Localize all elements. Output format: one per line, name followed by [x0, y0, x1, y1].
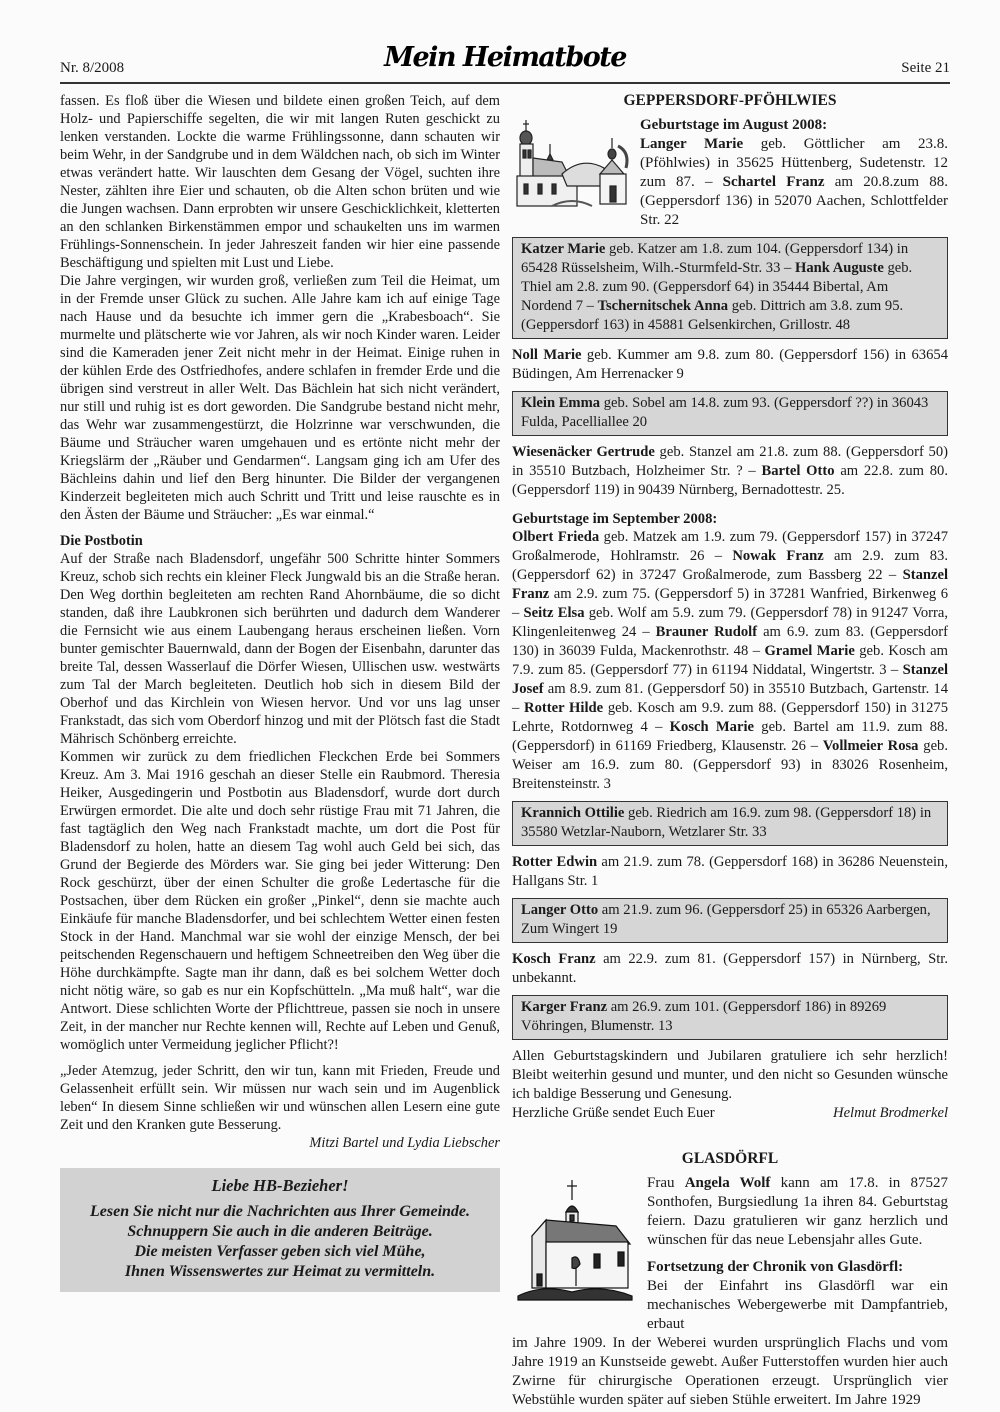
closing-paragraph: „Jeder Atemzug, jeder Schritt, den wir t…	[60, 1062, 500, 1134]
highlight-box: Katzer Marie geb. Katzer am 1.8. zum 104…	[512, 237, 948, 339]
issue-number: Nr. 8/2008	[60, 60, 124, 77]
person-name: Klein Emma	[521, 395, 600, 411]
person-name: Langer Marie	[640, 136, 743, 152]
notice-line: Lesen Sie nicht nur die Nachrichten aus …	[64, 1202, 496, 1222]
glasdoerfl-intro: Frau Angela Wolf kann am 17.8. in 87527 …	[512, 1174, 948, 1334]
august-intro-text: Geburtstage im August 2008: Langer Marie…	[640, 116, 948, 230]
greeting-closing: Herzliche Grüße sendet Euch Euer Helmut …	[512, 1104, 948, 1122]
body-paragraph: Die Jahre vergingen, wir wurden groß, ve…	[60, 272, 500, 524]
chronik-heading: Fortsetzung der Chronik von Glasdörfl:	[647, 1258, 948, 1277]
body-paragraph: fassen. Es floß über die Wiesen und bild…	[60, 92, 500, 272]
person-name: Nowak Franz	[732, 548, 823, 564]
masthead-title: Mein Heimatbote	[384, 42, 626, 73]
highlight-box: Karger Franz am 26.9. zum 101. (Geppersd…	[512, 995, 948, 1040]
birthday-entry: Wiesenäcker Gertrude geb. Stanzel am 21.…	[512, 443, 948, 500]
chapel-icon	[512, 1178, 637, 1303]
church-village-icon	[512, 116, 630, 216]
notice-line: Die meisten Verfasser geben sich viel Mü…	[64, 1242, 496, 1262]
person-name: Tschernitschek Anna	[598, 298, 728, 314]
person-name: Karger Franz	[521, 999, 607, 1015]
left-column: fassen. Es floß über die Wiesen und bild…	[60, 92, 500, 1292]
glasdoerfl-text: Frau Angela Wolf kann am 17.8. in 87527 …	[647, 1174, 948, 1334]
greeting-close-text: Herzliche Grüße sendet Euch Euer	[512, 1104, 715, 1122]
reader-notice-box: Liebe HB-Bezieher! Lesen Sie nicht nur d…	[60, 1168, 500, 1292]
person-name: Kosch Marie	[670, 719, 754, 735]
person-name: Wiesenäcker Gertrude	[512, 444, 655, 460]
september-entries: Olbert Frieda geb. Matzek am 1.9. zum 79…	[512, 528, 948, 794]
august-heading: Geburtstage im August 2008:	[640, 116, 948, 135]
person-name: Gramel Marie	[764, 643, 854, 659]
birthday-entry: Noll Marie geb. Kummer am 9.8. zum 80. (…	[512, 346, 948, 384]
page-header: Nr. 8/2008 Mein Heimatbote Seite 21	[60, 48, 950, 84]
august-intro: Geburtstage im August 2008: Langer Marie…	[512, 116, 948, 230]
person-name: Noll Marie	[512, 347, 581, 363]
birthday-entry: Kosch Franz am 22.9. zum 81. (Geppersdor…	[512, 950, 948, 988]
right-column: GEPPERSDORF-PFÖHLWIES	[512, 92, 948, 1410]
body-paragraph: Kommen wir zurück zu dem friedlichen Fle…	[60, 748, 500, 1054]
september-heading: Geburtstage im September 2008:	[512, 510, 948, 528]
person-name: Hank Auguste	[795, 260, 884, 276]
person-name: Bartel Otto	[762, 463, 835, 479]
section-title-geppersdorf: GEPPERSDORF-PFÖHLWIES	[512, 92, 948, 110]
greeting-text: Allen Geburtstagskindern und Jubilaren g…	[512, 1047, 948, 1104]
section-title-glasdoerfl: GLASDÖRFL	[512, 1150, 948, 1168]
highlight-box: Klein Emma geb. Sobel am 14.8. zum 93. (…	[512, 391, 948, 436]
entry-prefix: Frau	[647, 1175, 685, 1191]
person-name: Rotter Edwin	[512, 854, 597, 870]
person-name: Katzer Marie	[521, 241, 605, 257]
person-name: Angela Wolf	[685, 1175, 771, 1191]
person-name: Rotter Hilde	[524, 700, 603, 716]
birthday-entry: Rotter Edwin am 21.9. zum 78. (Geppersdo…	[512, 853, 948, 891]
highlight-box: Krannich Ottilie geb. Riedrich am 16.9. …	[512, 801, 948, 846]
body-paragraph: Auf der Straße nach Bladensdorf, ungefäh…	[60, 550, 500, 748]
author-signature: Mitzi Bartel und Lydia Liebscher	[60, 1134, 500, 1152]
highlight-box: Langer Otto am 21.9. zum 96. (Geppersdor…	[512, 898, 948, 943]
notice-line: Schnuppern Sie auch in die anderen Beitr…	[64, 1222, 496, 1242]
person-name: Kosch Franz	[512, 951, 596, 967]
person-name: Vollmeier Rosa	[823, 738, 919, 754]
birthday-entry: Langer Marie geb. Göttlicher am 23.8. (P…	[640, 135, 948, 230]
page-number: Seite 21	[901, 60, 950, 77]
person-name: Olbert Frieda	[512, 529, 599, 545]
birthday-entry: Frau Angela Wolf kann am 17.8. in 87527 …	[647, 1174, 948, 1250]
subheading-postbotin: Die Postbotin	[60, 532, 500, 550]
person-name: Brauner Rudolf	[656, 624, 757, 640]
greeting-signature: Helmut Brodmerkel	[833, 1104, 948, 1122]
person-name: Seitz Elsa	[524, 605, 585, 621]
notice-title: Liebe HB-Bezieher!	[64, 1176, 496, 1196]
person-name: Krannich Ottilie	[521, 805, 624, 821]
chronik-text: Bei der Einfahrt ins Glasdörfl war ein m…	[647, 1277, 948, 1334]
chronik-text-continued: im Jahre 1909. In der Weberei wurden urs…	[512, 1334, 948, 1410]
person-name: Schartel Franz	[723, 174, 825, 190]
person-name: Langer Otto	[521, 902, 598, 918]
notice-line: Ihnen Wissenswertes zur Heimat zu vermit…	[64, 1262, 496, 1282]
